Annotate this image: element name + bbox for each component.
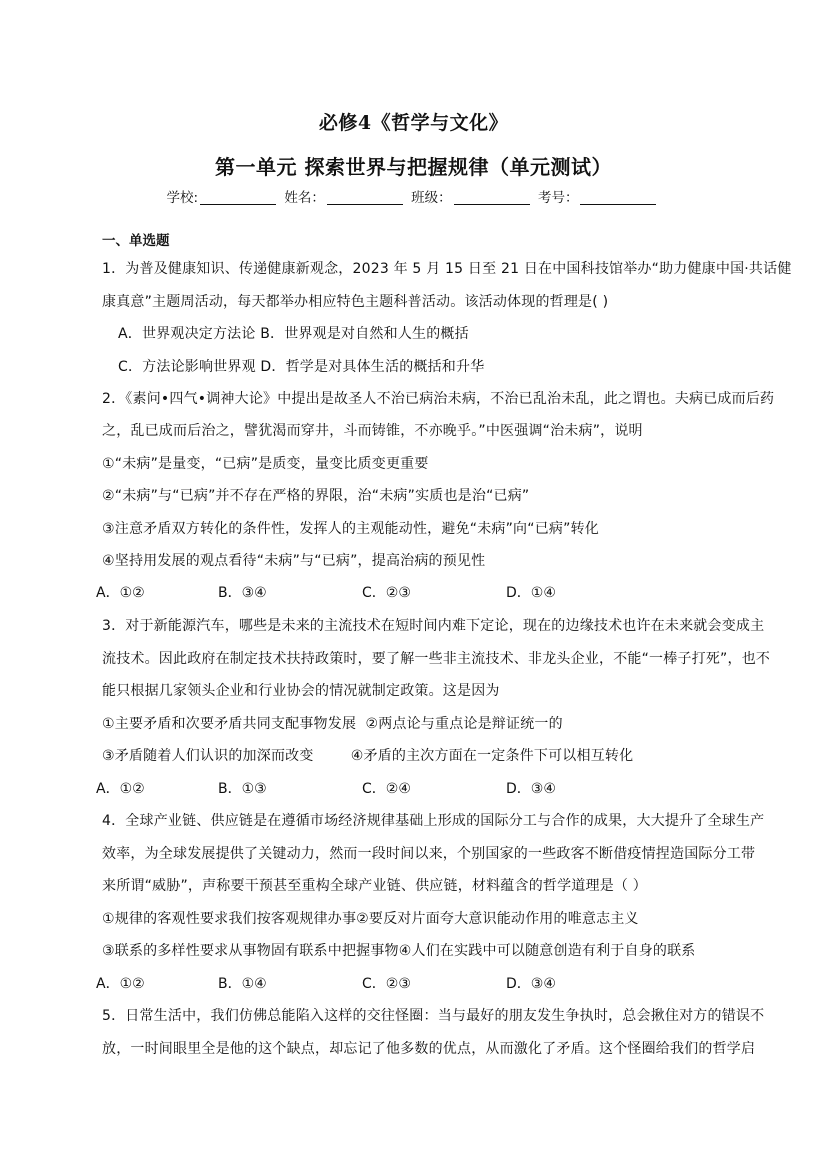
question-3-line: 流技术。因此政府在制定技术扶持政策时，要了解一些非主流技术、非龙头企业，不能“一… — [102, 648, 782, 668]
question-4-line: 效率，为全球发展提供了关键动力，然而一段时间以来，个别国家的一些政客不断借疫情捏… — [102, 843, 782, 863]
question-4-line: 来所谓“威胁”，声称要干预甚至重构全球产业链、供应链，材料蕴含的哲学道理是（ ） — [102, 875, 782, 895]
school-blank — [200, 190, 276, 205]
choice-c: C．②③ — [362, 582, 411, 602]
document-subtitle: 第一单元 探索世界与把握规律（单元测试） — [0, 151, 827, 180]
exam-number-blank — [580, 190, 656, 205]
choice-a: A．①② — [96, 778, 145, 798]
question-3-statement: ③矛盾随着人们认识的加深而改变 ④矛盾的主次方面在一定条件下可以相互转化 — [102, 745, 782, 765]
class-blank — [454, 190, 530, 205]
question-4-statement: ③联系的多样性要求从事物固有联系中把握事物④人们在实践中可以随意创造有利于自身的… — [102, 940, 782, 960]
question-1-options: A．世界观决定方法论 B．世界观是对自然和人生的概括 — [118, 323, 798, 343]
question-2-statement: ①“未病”是量变，“已病”是质变，量变比质变更重要 — [102, 453, 782, 473]
question-3-statement: ①主要矛盾和次要矛盾共同支配事物发展 ②两点论与重点论是辩证统一的 — [102, 713, 782, 733]
question-2-statement: ②“未病”与“已病”并不存在严格的界限，治“未病”实质也是治“已病” — [102, 485, 782, 505]
exam-page: 必修4《哲学与文化》 第一单元 探索世界与把握规律（单元测试） 学校: 姓名： … — [0, 0, 827, 1169]
document-title: 必修4《哲学与文化》 — [0, 108, 827, 135]
exam-number-label: 考号： — [538, 186, 579, 206]
question-2-line: 之，乱已成而后治之，譬犹渴而穿井，斗而铸锥，不亦晚乎。”中医强调“治未病”，说明 — [102, 420, 782, 440]
question-1-options: C．方法论影响世界观 D．哲学是对具体生活的概括和升华 — [118, 356, 798, 376]
choice-b: B．①③ — [218, 778, 267, 798]
question-2-statement: ④坚持用发展的观点看待“未病”与“已病”，提高治病的预见性 — [102, 550, 782, 570]
school-label: 学校: — [167, 186, 199, 206]
question-1-line: 康真意”主题周活动，每天都举办相应特色主题科普活动。该活动体现的哲理是( ) — [102, 291, 782, 311]
question-5-line: 放，一时间眼里全是他的这个缺点，却忘记了他多数的优点，从而激化了矛盾。这个怪圈给… — [102, 1038, 782, 1058]
question-2-line: 2．《素问•四气•调神大论》中提出是故圣人不治已病治未病，不治已乱治未乱，此之谓… — [102, 388, 782, 408]
question-2-statement: ③注意矛盾双方转化的条件性，发挥人的主观能动性，避免“未病”向“已病”转化 — [102, 518, 782, 538]
choice-a: A．①② — [96, 973, 145, 993]
choice-b: B．③④ — [218, 582, 267, 602]
class-label: 班级： — [411, 186, 452, 206]
question-4-line: 4．全球产业链、供应链是在遵循市场经济规律基础上形成的国际分工与合作的成果，大大… — [102, 810, 782, 830]
question-4-statement: ①规律的客观性要求我们按客观规律办事②要反对片面夸大意识能动作用的唯意志主义 — [102, 908, 782, 928]
choice-a: A．①② — [96, 582, 145, 602]
name-blank — [327, 190, 403, 205]
name-label: 姓名： — [284, 186, 325, 206]
choice-d: D．③④ — [506, 973, 556, 993]
question-3-line: 能只根据几家领头企业和行业协会的情况就制定政策。这是因为 — [102, 680, 782, 700]
choice-d: D．①④ — [506, 582, 556, 602]
choice-c: C．②③ — [362, 973, 411, 993]
student-info-row: 学校: 姓名： 班级： 考号： — [0, 186, 827, 206]
question-5-line: 5．日常生活中，我们仿佛总能陷入这样的交往怪圈：当与最好的朋友发生争执时，总会揪… — [102, 1005, 782, 1025]
choice-b: B．①④ — [218, 973, 267, 993]
choice-c: C．②④ — [362, 778, 411, 798]
section-heading: 一、单选题 — [102, 229, 170, 249]
question-3-line: 3．对于新能源汽车，哪些是未来的主流技术在短时间内难下定论，现在的边缘技术也许在… — [102, 615, 782, 635]
question-1-line: 1．为普及健康知识、传递健康新观念，2023 年 5 月 15 日至 21 日在… — [102, 258, 782, 278]
choice-d: D．③④ — [506, 778, 556, 798]
